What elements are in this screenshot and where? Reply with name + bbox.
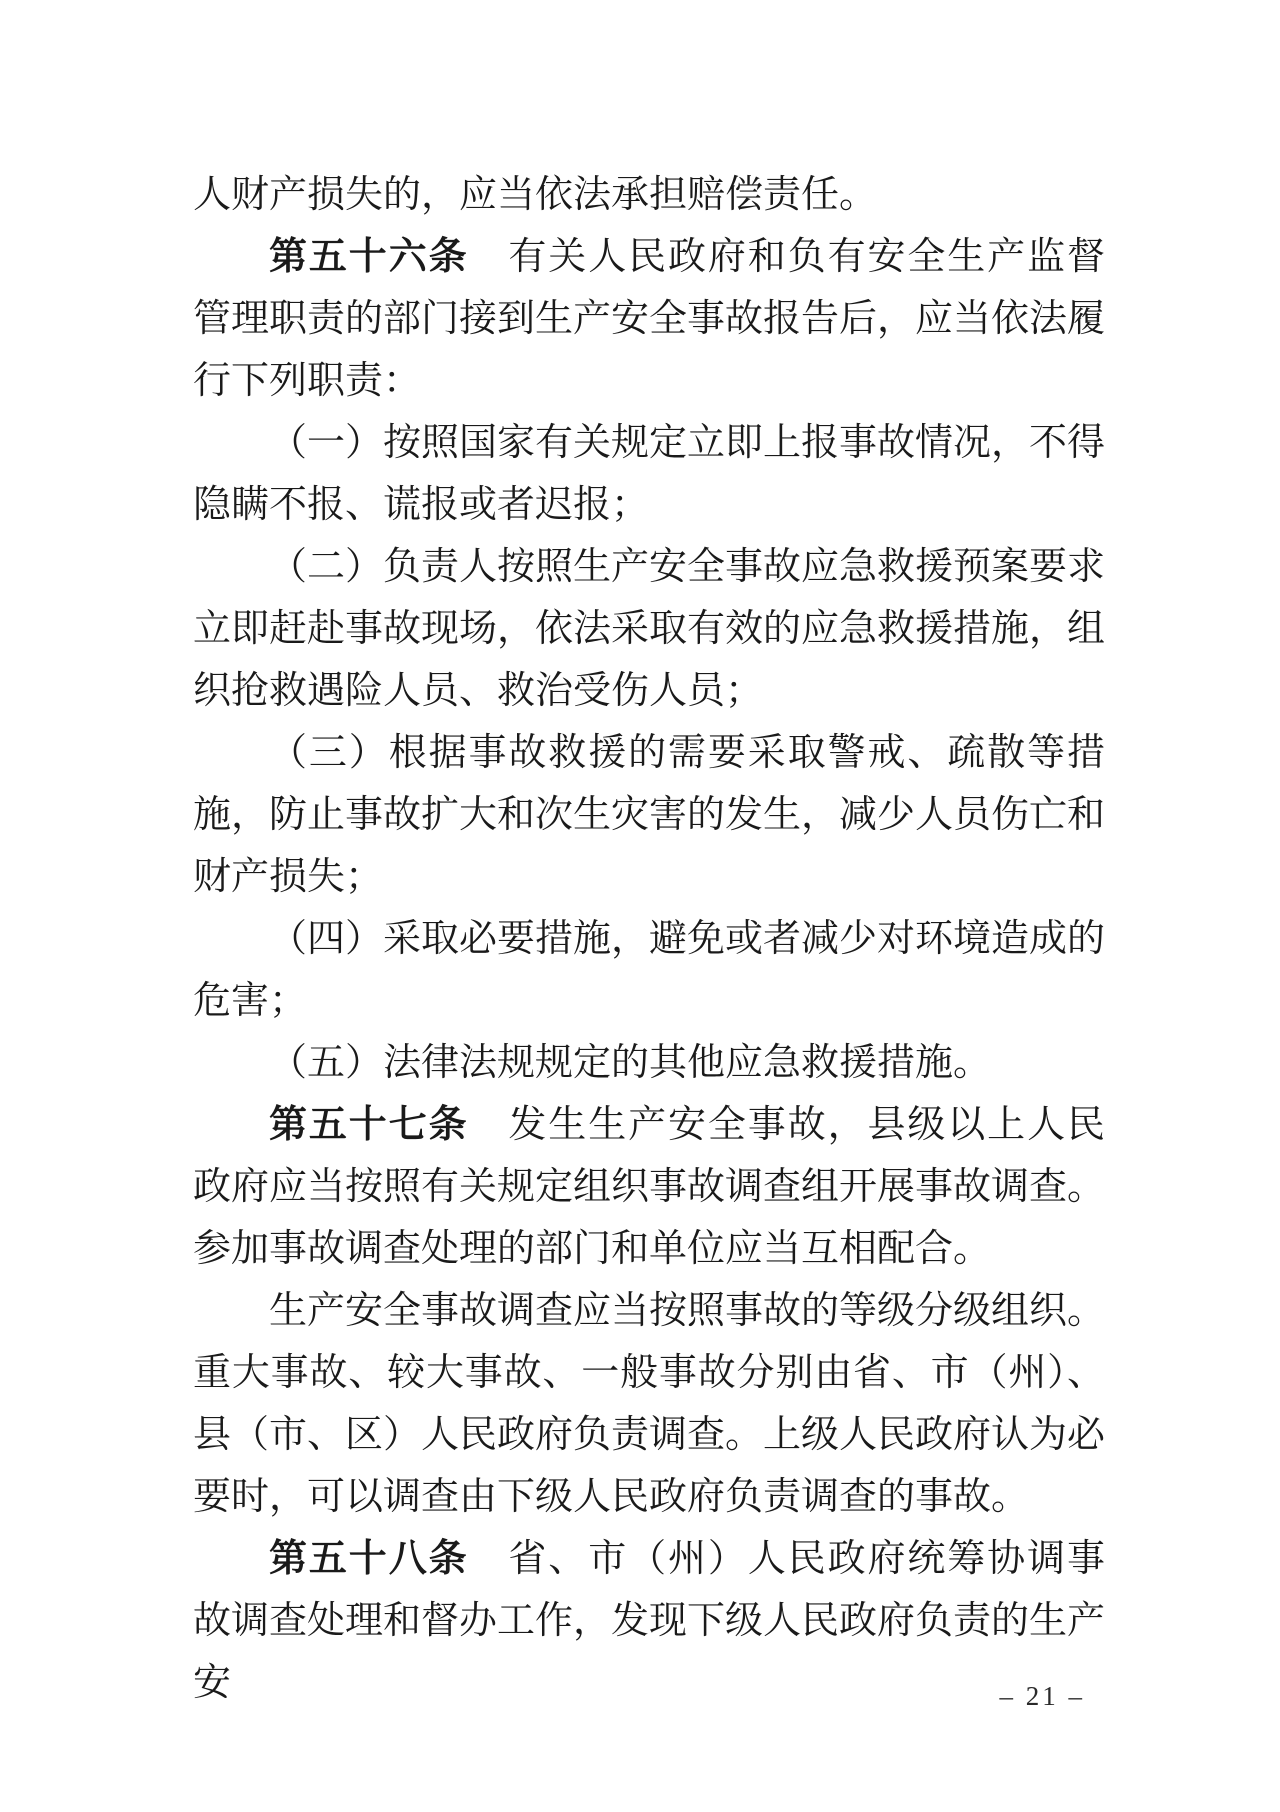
paragraph: （二）负责人按照生产安全事故应急救援预案要求立即赶赴事故现场，依法采取有效的应急… (193, 536, 1105, 722)
article-number: 第五十八条 (269, 1538, 469, 1580)
paragraph: 生产安全事故调查应当按照事故的等级分级组织。重大事故、较大事故、一般事故分别由省… (193, 1280, 1105, 1528)
paragraph: （三）根据事故救援的需要采取警戒、疏散等措施，防止事故扩大和次生灾害的发生，减少… (193, 722, 1105, 908)
paragraph: 第五十八条 省、市（州）人民政府统筹协调事故调查处理和督办工作，发现下级人民政府… (193, 1528, 1105, 1714)
paragraph: （一）按照国家有关规定立即上报事故情况，不得隐瞒不报、谎报或者迟报； (193, 412, 1105, 536)
document-body: 人财产损失的，应当依法承担赔偿责任。第五十六条 有关人民政府和负有安全生产监督管… (193, 164, 1105, 1714)
paragraph: 第五十六条 有关人民政府和负有安全生产监督管理职责的部门接到生产安全事故报告后，… (193, 226, 1105, 412)
document-page: 人财产损失的，应当依法承担赔偿责任。第五十六条 有关人民政府和负有安全生产监督管… (0, 0, 1280, 1812)
article-number: 第五十七条 (269, 1104, 469, 1146)
paragraph: 人财产损失的，应当依法承担赔偿责任。 (193, 164, 1105, 226)
paragraph: 第五十七条 发生生产安全事故，县级以上人民政府应当按照有关规定组织事故调查组开展… (193, 1094, 1105, 1280)
paragraph: （五）法律法规规定的其他应急救援措施。 (193, 1032, 1105, 1094)
page-number: – 21 – (1000, 1680, 1086, 1712)
article-number: 第五十六条 (269, 236, 469, 278)
paragraph: （四）采取必要措施，避免或者减少对环境造成的危害； (193, 908, 1105, 1032)
